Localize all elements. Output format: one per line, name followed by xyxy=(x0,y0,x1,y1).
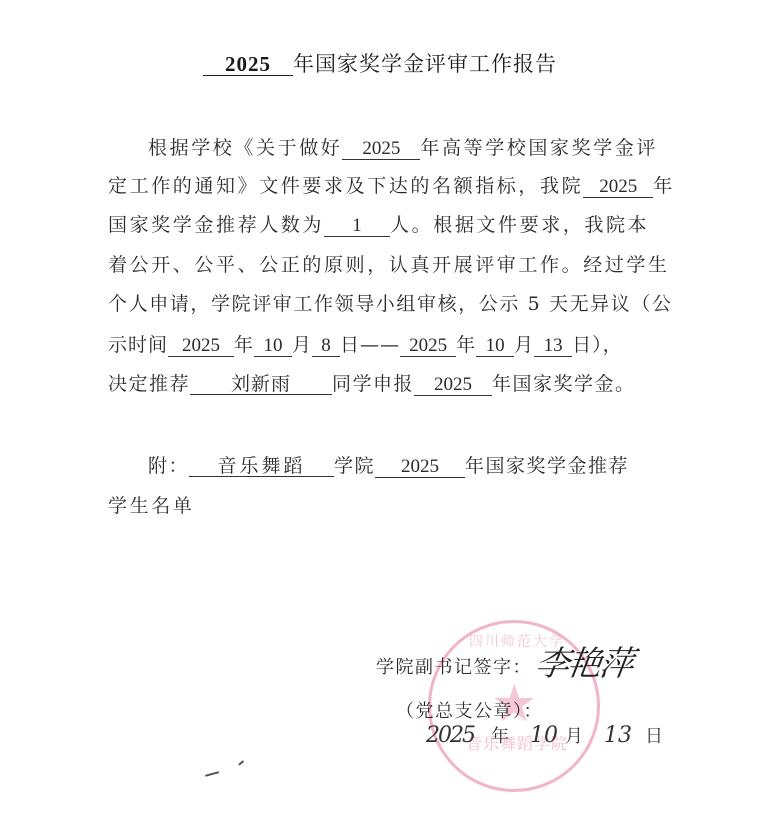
body-line-1: 根据学校《关于做好2025年高等学校国家奖学金评 xyxy=(108,136,648,160)
title-text: 年国家奖学金评审工作报告 xyxy=(293,52,557,76)
student-name: 刘新雨 xyxy=(190,374,332,395)
publicity-end-month: 10 xyxy=(476,336,514,357)
publicity-start-month: 10 xyxy=(254,336,292,357)
body-line-3: 国家奖学金推荐人数为1人。根据文件要求，我院本 xyxy=(108,213,648,237)
attachment-line-1: 附：音乐舞蹈学院2025年国家奖学金推荐 xyxy=(108,454,648,478)
party-seal-label: （党总支公章）： xyxy=(396,697,543,723)
date-day: 13 xyxy=(604,723,632,748)
body-line-5: 个人申请，学院评审工作领导小组审核，公示 5 天无异议（公 xyxy=(108,292,648,316)
publicity-start-day: 8 xyxy=(312,336,340,357)
recommend-count: 1 xyxy=(324,216,390,237)
body-line-7: 决定推荐刘新雨同学申报2025年国家奖学金。 xyxy=(108,372,648,396)
attachment-year: 2025 xyxy=(375,457,465,478)
scan-mark xyxy=(238,760,244,765)
body-line-6: 示时间2025年10月8日——2025年10月13日）， xyxy=(108,333,648,357)
report-title: 2025年国家奖学金评审工作报告 xyxy=(0,48,760,78)
body-line-2: 定工作的通知》文件要求及下达的名额指标，我院2025年 xyxy=(108,174,648,198)
apply-year: 2025 xyxy=(414,375,492,396)
secretary-signature-label: 学院副书记签字： xyxy=(376,653,532,679)
quota-year: 2025 xyxy=(583,177,653,198)
publicity-end-year: 2025 xyxy=(400,336,456,357)
body-line-4: 着公开、公平、公正的原则，认真开展评审工作。经过学生 xyxy=(108,253,648,277)
date-year: 2025 xyxy=(426,723,474,748)
attachment-line-2: 学生名单 xyxy=(108,494,648,518)
scan-mark xyxy=(205,771,219,776)
publicity-end-day: 13 xyxy=(534,336,572,357)
college-name: 音乐舞蹈 xyxy=(189,456,334,477)
publicity-start-year: 2025 xyxy=(168,336,234,357)
signoff-date: 2025 年 10 月 13 日 xyxy=(426,722,663,748)
notice-year: 2025 xyxy=(342,139,420,160)
handwritten-signature: 李艳萍 xyxy=(533,636,636,685)
date-month: 10 xyxy=(530,723,558,748)
title-year: 2025 xyxy=(203,53,293,76)
